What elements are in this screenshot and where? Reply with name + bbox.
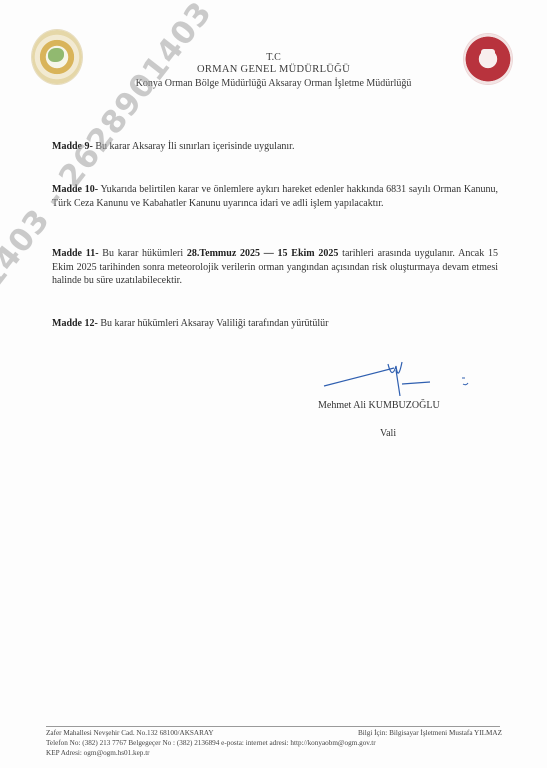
document-page: T.C ORMAN GENEL MÜDÜRLÜĞÜ Konya Orman Bö… [0,0,547,768]
article-11: Madde 11- Bu karar hükümleri 28.Temmuz 2… [52,247,498,288]
article-9: Madde 9- Bu karar Aksaray İli sınırları … [52,140,498,154]
footer-phone: Telefon No: (382) 213 7767 Belgegeçer No… [46,739,502,747]
signer-name: Mehmet Ali KUMBUZOĞLU [318,400,440,411]
article-label: Madde 10- [52,184,98,195]
footer-kep: KEP Adresi: ogm@ogm.hs01.kep.tr [46,749,502,757]
footer-address-line: Zafer Mahallesi Nevşehir Cad. No.132 681… [46,729,502,737]
article-text: Bu karar Aksaray İli sınırları içerisind… [93,141,295,152]
footer-address: Zafer Mahallesi Nevşehir Cad. No.132 681… [46,729,214,737]
article-text: Bu karar hükümleri [99,248,187,259]
article-10: Madde 10- Yukarıda belirtilen karar ve ö… [52,183,498,210]
footer-divider [46,726,500,727]
article-12: Madde 12- Bu karar hükümleri Aksaray Val… [52,317,498,331]
article-dates: 28.Temmuz 2025 — 15 Ekim 2025 [187,248,339,259]
header-tc: T.C [0,52,547,63]
signer-title: Vali [380,428,396,439]
article-label: Madde 12- [52,318,98,329]
article-text: Yukarıda belirtilen karar ve önlemlere a… [52,184,498,209]
header-organization: ORMAN GENEL MÜDÜRLÜĞÜ [0,64,547,75]
footer-contact: Bilgi İçin: Bilgisayar İşletmeni Mustafa… [358,729,502,737]
article-label: Madde 9- [52,141,93,152]
article-label: Madde 11- [52,248,99,259]
article-text: Bu karar hükümleri Aksaray Valiliği tara… [98,318,329,329]
signature-scribble [322,356,472,396]
header-unit: Konya Orman Bölge Müdürlüğü Aksaray Orma… [0,78,547,89]
